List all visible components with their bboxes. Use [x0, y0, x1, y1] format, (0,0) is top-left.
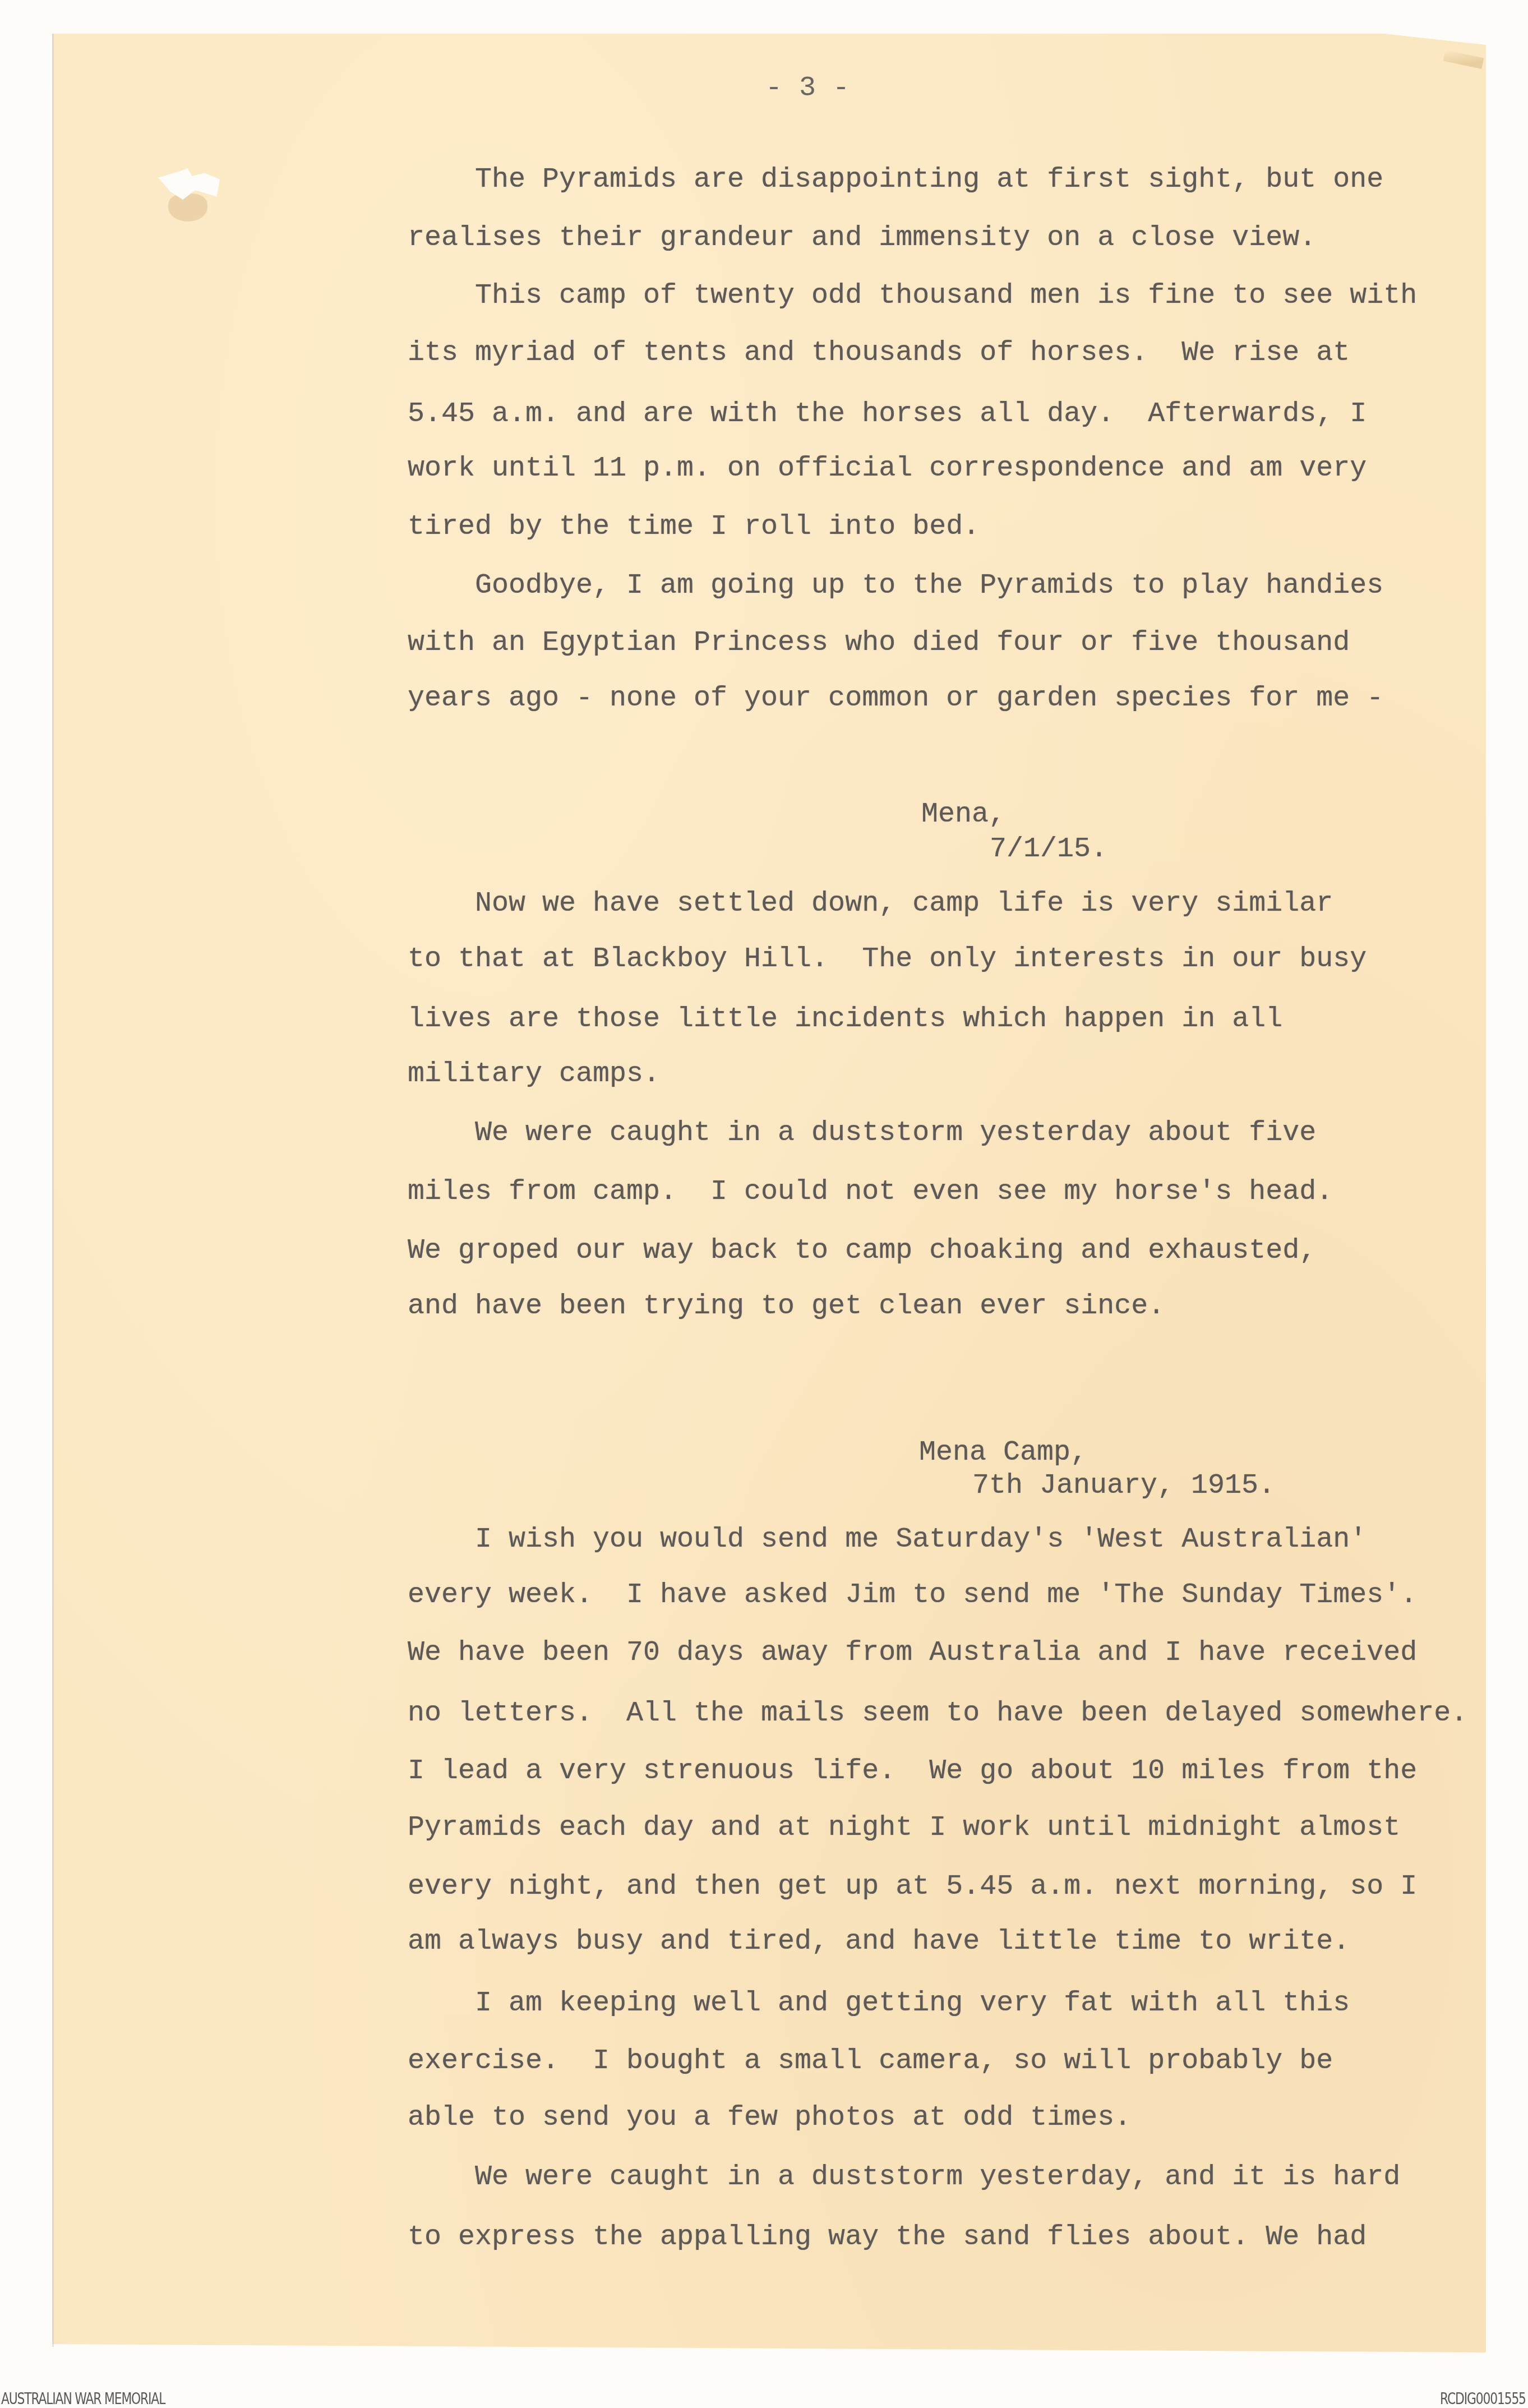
text-line: We groped our way back to camp choaking …: [408, 1237, 1316, 1265]
text-line: exercise. I bought a small camera, so wi…: [408, 2047, 1333, 2075]
text-line: am always busy and tired, and have littl…: [408, 1928, 1350, 1956]
text-line: I am keeping well and getting very fat w…: [408, 1990, 1350, 2018]
letter-date: 7/1/15.: [990, 836, 1107, 864]
letter-place: Mena,: [921, 801, 1005, 829]
text-line: realises their grandeur and immensity on…: [408, 224, 1316, 252]
text-line: its myriad of tents and thousands of hor…: [408, 339, 1350, 367]
page-number: - 3 -: [765, 72, 850, 105]
text-line: Pyramids each day and at night I work un…: [408, 1814, 1400, 1842]
text-line: tired by the time I roll into bed.: [408, 513, 980, 541]
text-line: This camp of twenty odd thousand men is …: [408, 282, 1417, 310]
text-line: The Pyramids are disappointing at first …: [408, 166, 1383, 194]
letter-place: Mena Camp,: [919, 1439, 1087, 1467]
text-line: I wish you would send me Saturday's 'Wes…: [408, 1526, 1367, 1554]
text-line: with an Egyptian Princess who died four …: [408, 629, 1350, 657]
paper-damage-stain: [168, 193, 207, 222]
archive-credit: AUSTRALIAN WAR MEMORIAL: [1, 2391, 165, 2407]
text-line: work until 11 p.m. on official correspon…: [408, 455, 1367, 483]
text-line: We were caught in a duststorm yesterday …: [408, 1119, 1316, 1147]
text-line: Goodbye, I am going up to the Pyramids t…: [408, 572, 1383, 600]
text-line: to express the appalling way the sand fl…: [408, 2224, 1367, 2252]
text-line: We were caught in a duststorm yesterday,…: [408, 2163, 1400, 2192]
text-line: military camps.: [408, 1060, 660, 1088]
text-line: 5.45 a.m. and are with the horses all da…: [408, 400, 1367, 428]
letter-date: 7th January, 1915.: [972, 1472, 1275, 1500]
text-line: I lead a very strenuous life. We go abou…: [408, 1757, 1417, 1786]
text-line: every week. I have asked Jim to send me …: [408, 1581, 1417, 1609]
text-line: and have been trying to get clean ever s…: [408, 1293, 1165, 1321]
paper-left-edge: [52, 34, 54, 2347]
text-line: We have been 70 days away from Australia…: [408, 1639, 1417, 1667]
text-line: no letters. All the mails seem to have b…: [408, 1700, 1467, 1728]
text-line: years ago - none of your common or garde…: [408, 685, 1383, 713]
text-line: every night, and then get up at 5.45 a.m…: [408, 1873, 1417, 1901]
text-line: lives are those little incidents which h…: [408, 1005, 1282, 1034]
text-line: to that at Blackboy Hill. The only inter…: [408, 945, 1367, 974]
text-line: able to send you a few photos at odd tim…: [408, 2104, 1131, 2132]
archive-id: RCDIG0001555: [1440, 2391, 1526, 2407]
text-line: Now we have settled down, camp life is v…: [408, 890, 1333, 918]
text-line: miles from camp. I could not even see my…: [408, 1178, 1333, 1206]
